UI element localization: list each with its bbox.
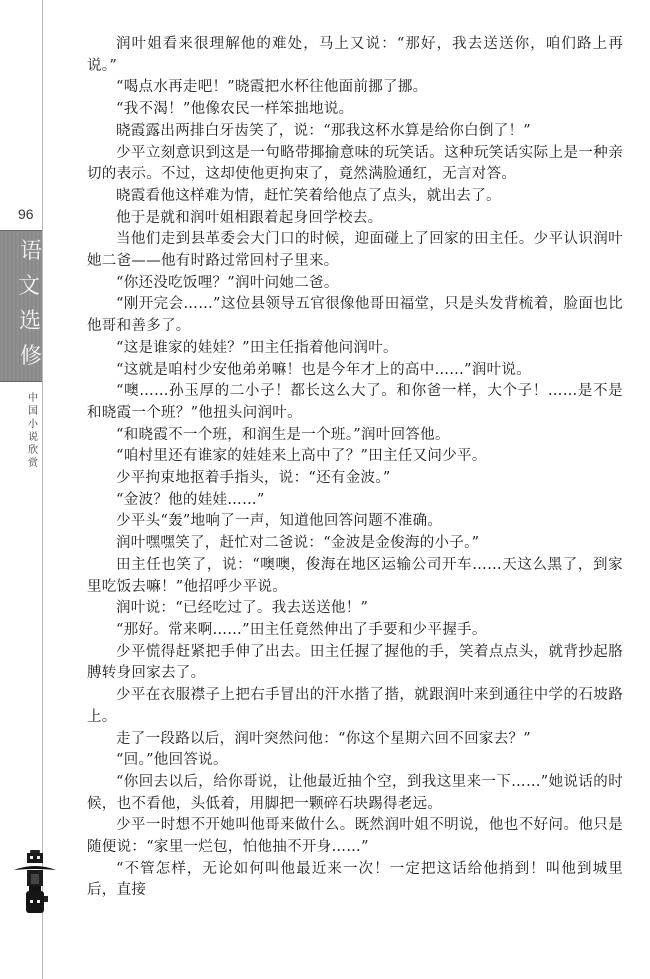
document-body: 润叶姐看来很理解他的难处，马上又说：“那好，我去送送你，咱们路上再说。” “喝点… [87,34,623,902]
paragraph: 少平立刻意识到这是一句略带揶揄意味的玩笑话。这种玩笑话实际上是一种亲切的表示。不… [87,143,623,186]
paragraph: “那好。常来啊……”田主任竟然伸出了手要和少平握手。 [87,620,623,642]
paragraph: “回。”他回答说。 [87,750,623,772]
banner-char: 选 [19,311,41,333]
label-char: 国 [27,405,39,418]
paragraph: 晓霞露出两排白牙齿笑了，说：“那我这杯水算是给你白倒了！” [87,121,623,143]
lantern-icon [12,850,58,920]
label-char: 说 [27,431,39,444]
paragraph: 少平拘束地抠着手指头，说：“还有金波。” [87,468,623,490]
page-number: 96 [18,206,34,222]
paragraph: 少平头“轰”地响了一声，知道他回答问题不准确。 [87,511,623,533]
label-char: 赏 [27,457,39,470]
paragraph: 晓霞看他这样难为情，赶忙笑着给他点了点头，就出去了。 [87,186,623,208]
paragraph: 当他们走到县革委会大门口的时候，迎面碰上了回家的田主任。少平认识润叶她二爸——他… [87,229,623,272]
paragraph: 少平在衣服襟子上把右手冒出的汗水揩了揩，就跟润叶来到通往中学的石坡路上。 [87,685,623,728]
paragraph: 润叶姐看来很理解他的难处，马上又说：“那好，我去送送你，咱们路上再说。” [87,34,623,77]
paragraph: “和晓霞不一个班，和润生是一个班。”润叶回答他。 [87,425,623,447]
paragraph: 少平慌得赶紧把手伸了出去。田主任握了握他的手，笑着点点头，就背抄起胳膊转身回家去… [87,642,623,685]
margin-rule [42,0,43,979]
paragraph: “我不渴！”他像农民一样笨拙地说。 [87,99,623,121]
paragraph: “喝点水再走吧！”晓霞把水杯往他面前挪了挪。 [87,77,623,99]
paragraph: 润叶嘿嘿笑了，赶忙对二爸说：“金波是金俊海的小子。” [87,533,623,555]
banner-char: 修 [20,346,42,368]
label-char: 欣 [27,444,39,457]
paragraph: “金波？他的娃娃……” [87,490,623,512]
paragraph: “你还没吃饭哩？”润叶问她二爸。 [87,273,623,295]
paragraph: 田主任也笑了，说：“噢噢，俊海在地区运输公司开车……天这么黑了，到家里吃饭去嘛！… [87,555,623,598]
banner-char: 文 [18,276,40,298]
book-section-label: 中 国 小 说 欣 赏 [27,392,39,470]
paragraph: “这是谁家的娃娃？”田主任指着他问润叶。 [87,338,623,360]
paragraph: “不管怎样，无论如何叫他最近来一次！一定把这话给他捎到！叫他到城里后，直接 [87,859,623,902]
banner-char: 语 [20,241,42,263]
paragraph: “刚开完会……”这位县领导五官很像他哥田福堂，只是头发背梳着，脸面也比他哥和善多… [87,294,623,337]
paragraph: 走了一段路以后，润叶突然问他：“你这个星期六回不回家去？” [87,729,623,751]
series-banner: 语 文 选 修 [0,230,42,382]
paragraph: “这就是咱村少安他弟弟嘛！也是今年才上的高中……”润叶说。 [87,360,623,382]
label-char: 中 [27,392,39,405]
paragraph: 他于是就和润叶姐相跟着起身回学校去。 [87,208,623,230]
label-char: 小 [27,418,39,431]
paragraph: “噢……孙玉厚的二小子！都长这么大了。和你爸一样，大个子！……是不是和晓霞一个班… [87,381,623,424]
paragraph: “你回去以后，给你哥说，让他最近抽个空，到我这里来一下……”她说话的时候，也不看… [87,772,623,815]
paragraph: 润叶说：“已经吃过了。我去送送他！” [87,598,623,620]
paragraph: 少平一时想不开她叫他哥来做什么。既然润叶姐不明说，他也不好问。他只是随便说：“家… [87,815,623,858]
paragraph: “咱村里还有谁家的娃娃来上高中了？”田主任又问少平。 [87,446,623,468]
